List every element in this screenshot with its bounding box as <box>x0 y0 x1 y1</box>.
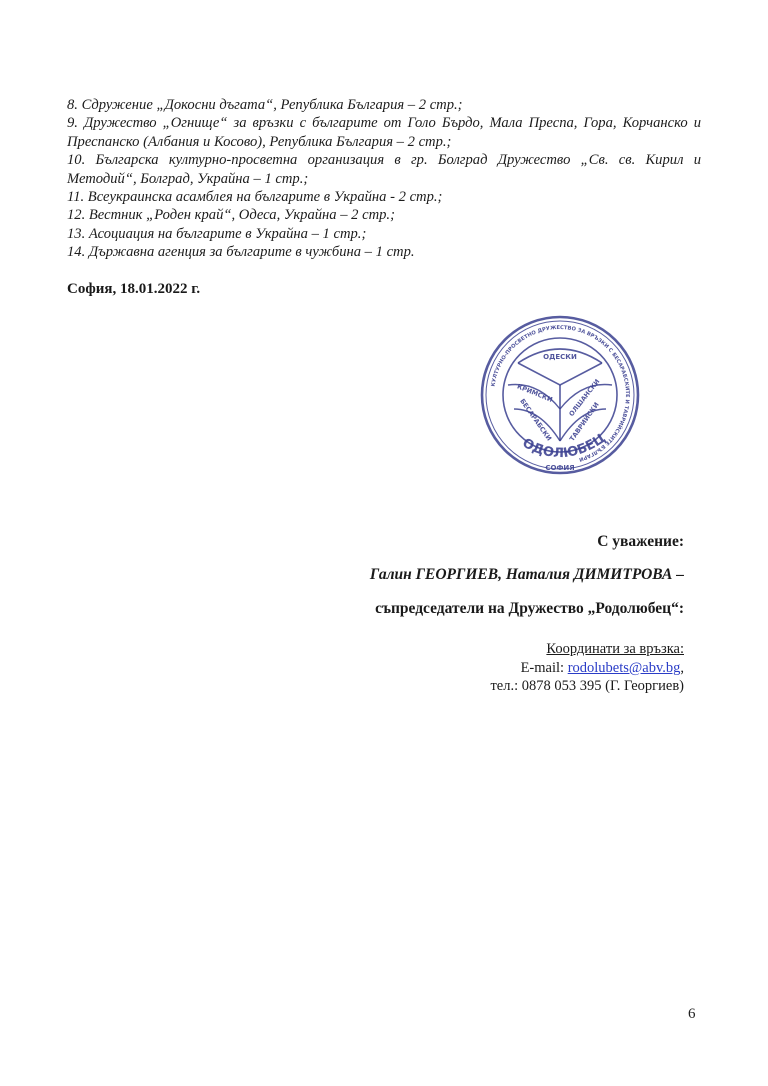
attachments-list: 8. Сдружение „Докосни дъгата“, Република… <box>67 96 701 262</box>
phone-line: тел.: 0878 053 395 (Г. Георгиев) <box>490 677 684 696</box>
list-item: 10. Българска културно-просветна организ… <box>67 151 701 188</box>
list-item: 8. Сдружение „Докосни дъгата“, Република… <box>67 96 701 114</box>
list-item: 11. Всеукраинска асамблея на българите в… <box>67 188 701 206</box>
list-item: 12. Вестник „Роден край“, Одеса, Украйна… <box>67 206 701 224</box>
email-link[interactable]: rodolubets@abv.bg <box>568 660 681 676</box>
svg-text:БЕСАРАБСКИ: БЕСАРАБСКИ <box>518 397 553 442</box>
email-label: E-mail: <box>521 660 568 676</box>
signatories-role: съпредседатели на Дружество „Родолюбец“: <box>375 600 684 618</box>
place-date: София, 18.01.2022 г. <box>67 281 200 298</box>
page-number: 6 <box>688 1006 696 1023</box>
contact-details: Координати за връзка: E-mail: rodolubets… <box>490 640 684 696</box>
svg-text:ОДЕСКИ: ОДЕСКИ <box>543 353 577 361</box>
email-line: E-mail: rodolubets@abv.bg, <box>490 659 684 678</box>
list-item: 13. Асоциация на българите в Украйна – 1… <box>67 225 701 243</box>
contacts-heading: Координати за връзка: <box>490 640 684 659</box>
list-item: 9. Дружество „Огнище“ за връзки с българ… <box>67 114 701 151</box>
list-item: 14. Държавна агенция за българите в чужб… <box>67 243 701 261</box>
closing-salutation: С уважение: <box>597 533 684 551</box>
signatories: Галин ГЕОРГИЕВ, Наталия ДИМИТРОВА – <box>370 566 684 584</box>
email-suffix: , <box>680 660 684 676</box>
svg-text:СОФИЯ: СОФИЯ <box>545 464 574 472</box>
organization-stamp-icon: КУЛТУРНО-ПРОСВЕТНО ДРУЖЕСТВО ЗА ВРЪЗКИ С… <box>478 313 642 477</box>
svg-text:ОЛШАНСКИ: ОЛШАНСКИ <box>567 378 601 418</box>
